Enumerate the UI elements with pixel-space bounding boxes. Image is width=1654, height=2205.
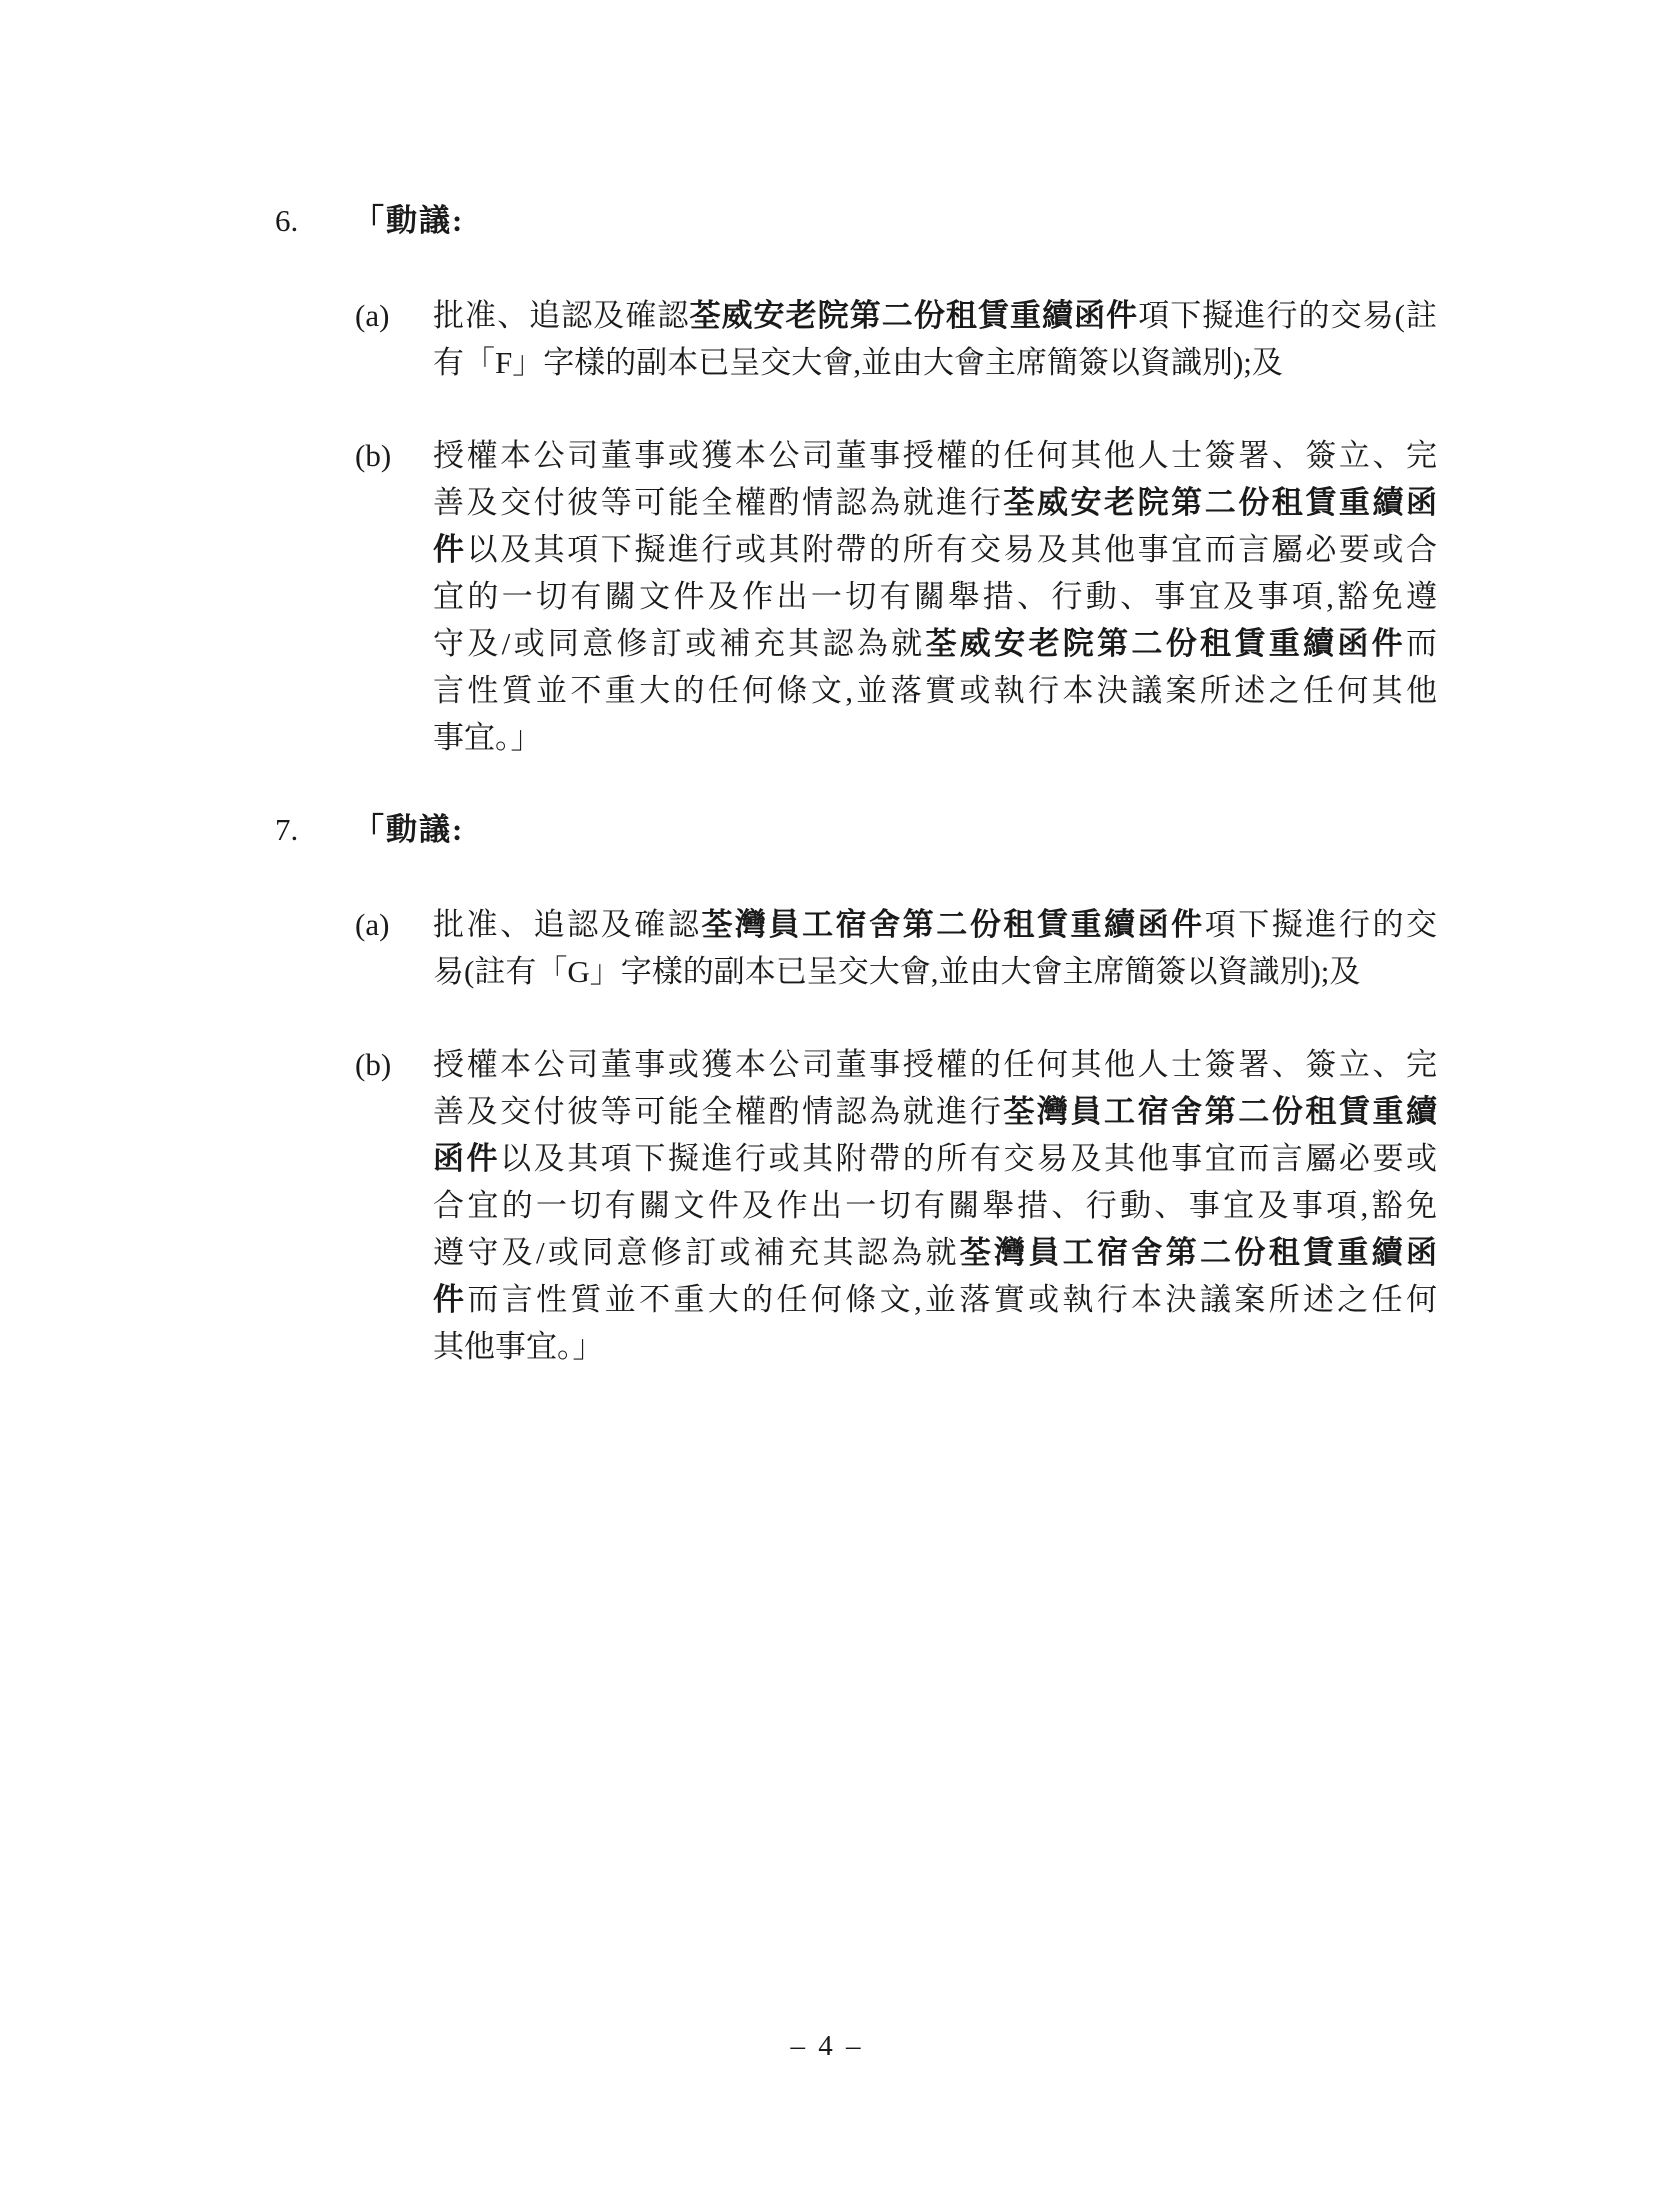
resolution-7-section: 7. 「動議: (a)批准、追認及確認荃灣員工宿舍第二份租賃重續函件項下擬進行的… [275,806,1437,1370]
text-line: 事宜。」 [433,714,1437,761]
resolution-items: (a)批准、追認及確認荃威安老院第二份租賃重續函件項下擬進行的交易(註有「F」字… [355,292,1437,761]
resolution-6-section: 6. 「動議: (a)批准、追認及確認荃威安老院第二份租賃重續函件項下擬進行的交… [275,197,1437,761]
item-lines: 批准、追認及確認荃威安老院第二份租賃重續函件項下擬進行的交易(註有「F」字樣的副… [433,292,1437,386]
resolution-item: (a)批准、追認及確認荃威安老院第二份租賃重續函件項下擬進行的交易(註有「F」字… [355,292,1437,386]
text-line: 遵守及/或同意修訂或補充其認為就荃灣員工宿舍第二份租賃重續函 [433,1229,1437,1276]
text-segment: 授權本公司董事或獲本公司董事授權的任何其他人士簽署、簽立、完 [433,1047,1437,1082]
text-line: 授權本公司董事或獲本公司董事授權的任何其他人士簽署、簽立、完 [433,432,1437,479]
resolution-item: (a)批准、追認及確認荃灣員工宿舍第二份租賃重續函件項下擬進行的交易(註有「G」… [355,901,1437,995]
deed-name-bold: 荃灣員工宿舍第二份租賃重續函 [960,1235,1437,1270]
text-segment: 言性質並不重大的任何條文,並落實或執行本決議案所述之任何其他 [433,673,1437,708]
text-segment: 易(註有「G」字樣的副本已呈交大會,並由大會主席簡簽以資識別);及 [433,954,1360,989]
deed-name-bold: 荃威安老院第二份租賃重續函件 [925,626,1406,661]
text-line: 宜的一切有關文件及作出一切有關舉措、行動、事宜及事項,豁免遵 [433,573,1437,620]
text-line: 件而言性質並不重大的任何條文,並落實或執行本決議案所述之任何 [433,1276,1437,1323]
deed-name-bold: 荃灣員工宿舍第二份租賃重續函件 [701,907,1204,942]
text-line: 批准、追認及確認荃灣員工宿舍第二份租賃重續函件項下擬進行的交 [433,901,1437,948]
text-segment: 項下擬進行的交 [1205,907,1437,942]
item-lines: 授權本公司董事或獲本公司董事授權的任何其他人士簽署、簽立、完善及交付彼等可能全權… [433,432,1437,761]
text-line: 言性質並不重大的任何條文,並落實或執行本決議案所述之任何其他 [433,667,1437,714]
deed-name-bold: 荃灣員工宿舍第二份租賃重續 [1003,1094,1437,1129]
text-line: 守及/或同意修訂或補充其認為就荃威安老院第二份租賃重續函件而 [433,620,1437,667]
deed-name-bold: 件 [433,532,467,567]
text-line: 件以及其項下擬進行或其附帶的所有交易及其他事宜而言屬必要或合 [433,526,1437,573]
text-segment: 而言性質並不重大的任何條文,並落實或執行本決議案所述之任何 [467,1282,1437,1317]
item-lines: 批准、追認及確認荃灣員工宿舍第二份租賃重續函件項下擬進行的交易(註有「G」字樣的… [433,901,1437,995]
deed-name-bold: 件 [433,1282,467,1317]
deed-name-bold: 函件 [433,1141,500,1176]
resolution-heading-row: 6. 「動議: [275,197,1437,244]
text-segment: 宜的一切有關文件及作出一切有關舉措、行動、事宜及事項,豁免遵 [433,579,1437,614]
item-label: (b) [355,1041,433,1088]
text-segment: 其他事宜。」 [433,1329,604,1364]
text-segment: 項下擬進行的交易(註 [1138,298,1437,333]
text-segment: 以及其項下擬進行或其附帶的所有交易及其他事宜而言屬必要或合 [467,532,1437,567]
item-label: (a) [355,292,433,339]
text-segment: 而 [1406,626,1437,661]
text-segment: 事宜。」 [433,720,542,755]
resolution-heading-row: 7. 「動議: [275,806,1437,853]
text-segment: 批准、追認及確認 [433,907,701,942]
text-segment: 善及交付彼等可能全權酌情認為就進行 [433,485,1003,520]
resolution-item: (b)授權本公司董事或獲本公司董事授權的任何其他人士簽署、簽立、完善及交付彼等可… [355,1041,1437,1370]
text-line: 善及交付彼等可能全權酌情認為就進行荃威安老院第二份租賃重續函 [433,479,1437,526]
document-page: 6. 「動議: (a)批准、追認及確認荃威安老院第二份租賃重續函件項下擬進行的交… [0,0,1654,2205]
text-segment: 授權本公司董事或獲本公司董事授權的任何其他人士簽署、簽立、完 [433,438,1437,473]
text-segment: 合宜的一切有關文件及作出一切有關舉措、行動、事宜及事項,豁免 [433,1188,1437,1223]
resolution-item: (b)授權本公司董事或獲本公司董事授權的任何其他人士簽署、簽立、完善及交付彼等可… [355,432,1437,761]
text-line: 合宜的一切有關文件及作出一切有關舉措、行動、事宜及事項,豁免 [433,1182,1437,1229]
resolution-number: 6. [275,197,298,244]
text-segment: 遵守及/或同意修訂或補充其認為就 [433,1235,960,1270]
item-label: (a) [355,901,433,948]
text-segment: 善及交付彼等可能全權酌情認為就進行 [433,1094,1003,1129]
text-line: 授權本公司董事或獲本公司董事授權的任何其他人士簽署、簽立、完 [433,1041,1437,1088]
text-segment: 批准、追認及確認 [433,298,689,333]
item-label: (b) [355,432,433,479]
text-segment: 以及其項下擬進行或其附帶的所有交易及其他事宜而言屬必要或 [500,1141,1437,1176]
deed-name-bold: 荃威安老院第二份租賃重續函 [1003,485,1437,520]
text-line: 其他事宜。」 [433,1323,1437,1370]
text-line: 善及交付彼等可能全權酌情認為就進行荃灣員工宿舍第二份租賃重續 [433,1088,1437,1135]
text-line: 函件以及其項下擬進行或其附帶的所有交易及其他事宜而言屬必要或 [433,1135,1437,1182]
resolution-items: (a)批准、追認及確認荃灣員工宿舍第二份租賃重續函件項下擬進行的交易(註有「G」… [355,901,1437,1370]
text-segment: 守及/或同意修訂或補充其認為就 [433,626,925,661]
text-line: 易(註有「G」字樣的副本已呈交大會,並由大會主席簡簽以資識別);及 [433,948,1437,995]
resolution-heading: 「動議: [353,197,464,244]
item-lines: 授權本公司董事或獲本公司董事授權的任何其他人士簽署、簽立、完善及交付彼等可能全權… [433,1041,1437,1370]
resolution-number: 7. [275,806,298,853]
page-number: – 4 – [0,2030,1654,2063]
text-line: 有「F」字樣的副本已呈交大會,並由大會主席簡簽以資識別);及 [433,339,1437,386]
text-segment: 有「F」字樣的副本已呈交大會,並由大會主席簡簽以資識別);及 [433,345,1283,380]
deed-name-bold: 荃威安老院第二份租賃重續函件 [689,298,1138,333]
resolution-heading: 「動議: [353,806,464,853]
text-line: 批准、追認及確認荃威安老院第二份租賃重續函件項下擬進行的交易(註 [433,292,1437,339]
